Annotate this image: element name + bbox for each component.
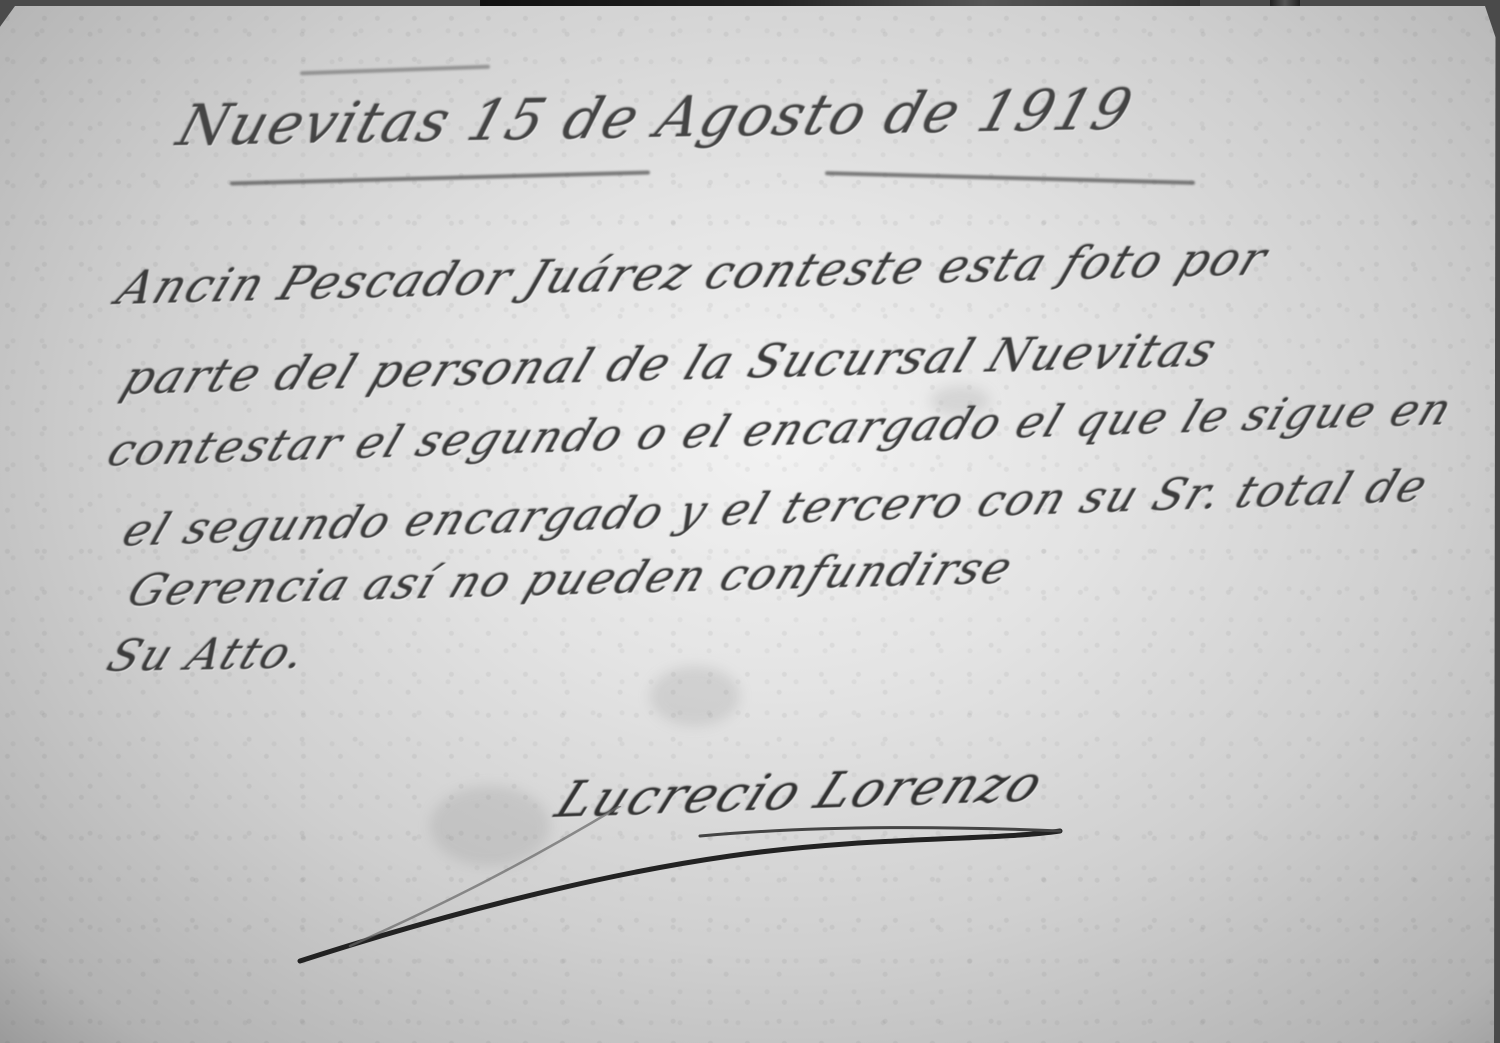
body-line: parte del personal de la Sucursal Nuevit… bbox=[115, 323, 1226, 405]
body-line: Ancin Pescador Juárez conteste esta foto… bbox=[110, 231, 1277, 315]
paper-sheet: Nuevitas 15 de Agosto de 1919 Ancin Pesc… bbox=[0, 6, 1500, 1043]
body-line: el segundo encargado y el tercero con su… bbox=[116, 461, 1437, 557]
body-line: Gerencia así no pueden confundirse bbox=[120, 543, 1021, 617]
heading-underline-right bbox=[825, 171, 1195, 185]
paper-stain bbox=[650, 666, 740, 726]
document-heading: Nuevitas 15 de Agosto de 1919 bbox=[170, 77, 1141, 159]
heading-overline bbox=[300, 65, 490, 76]
heading-underline-left bbox=[230, 171, 650, 186]
signature-flourish bbox=[290, 806, 1080, 976]
photo-scene: Nuevitas 15 de Agosto de 1919 Ancin Pesc… bbox=[0, 0, 1500, 1043]
closing-line: Su Atto. bbox=[100, 628, 316, 682]
